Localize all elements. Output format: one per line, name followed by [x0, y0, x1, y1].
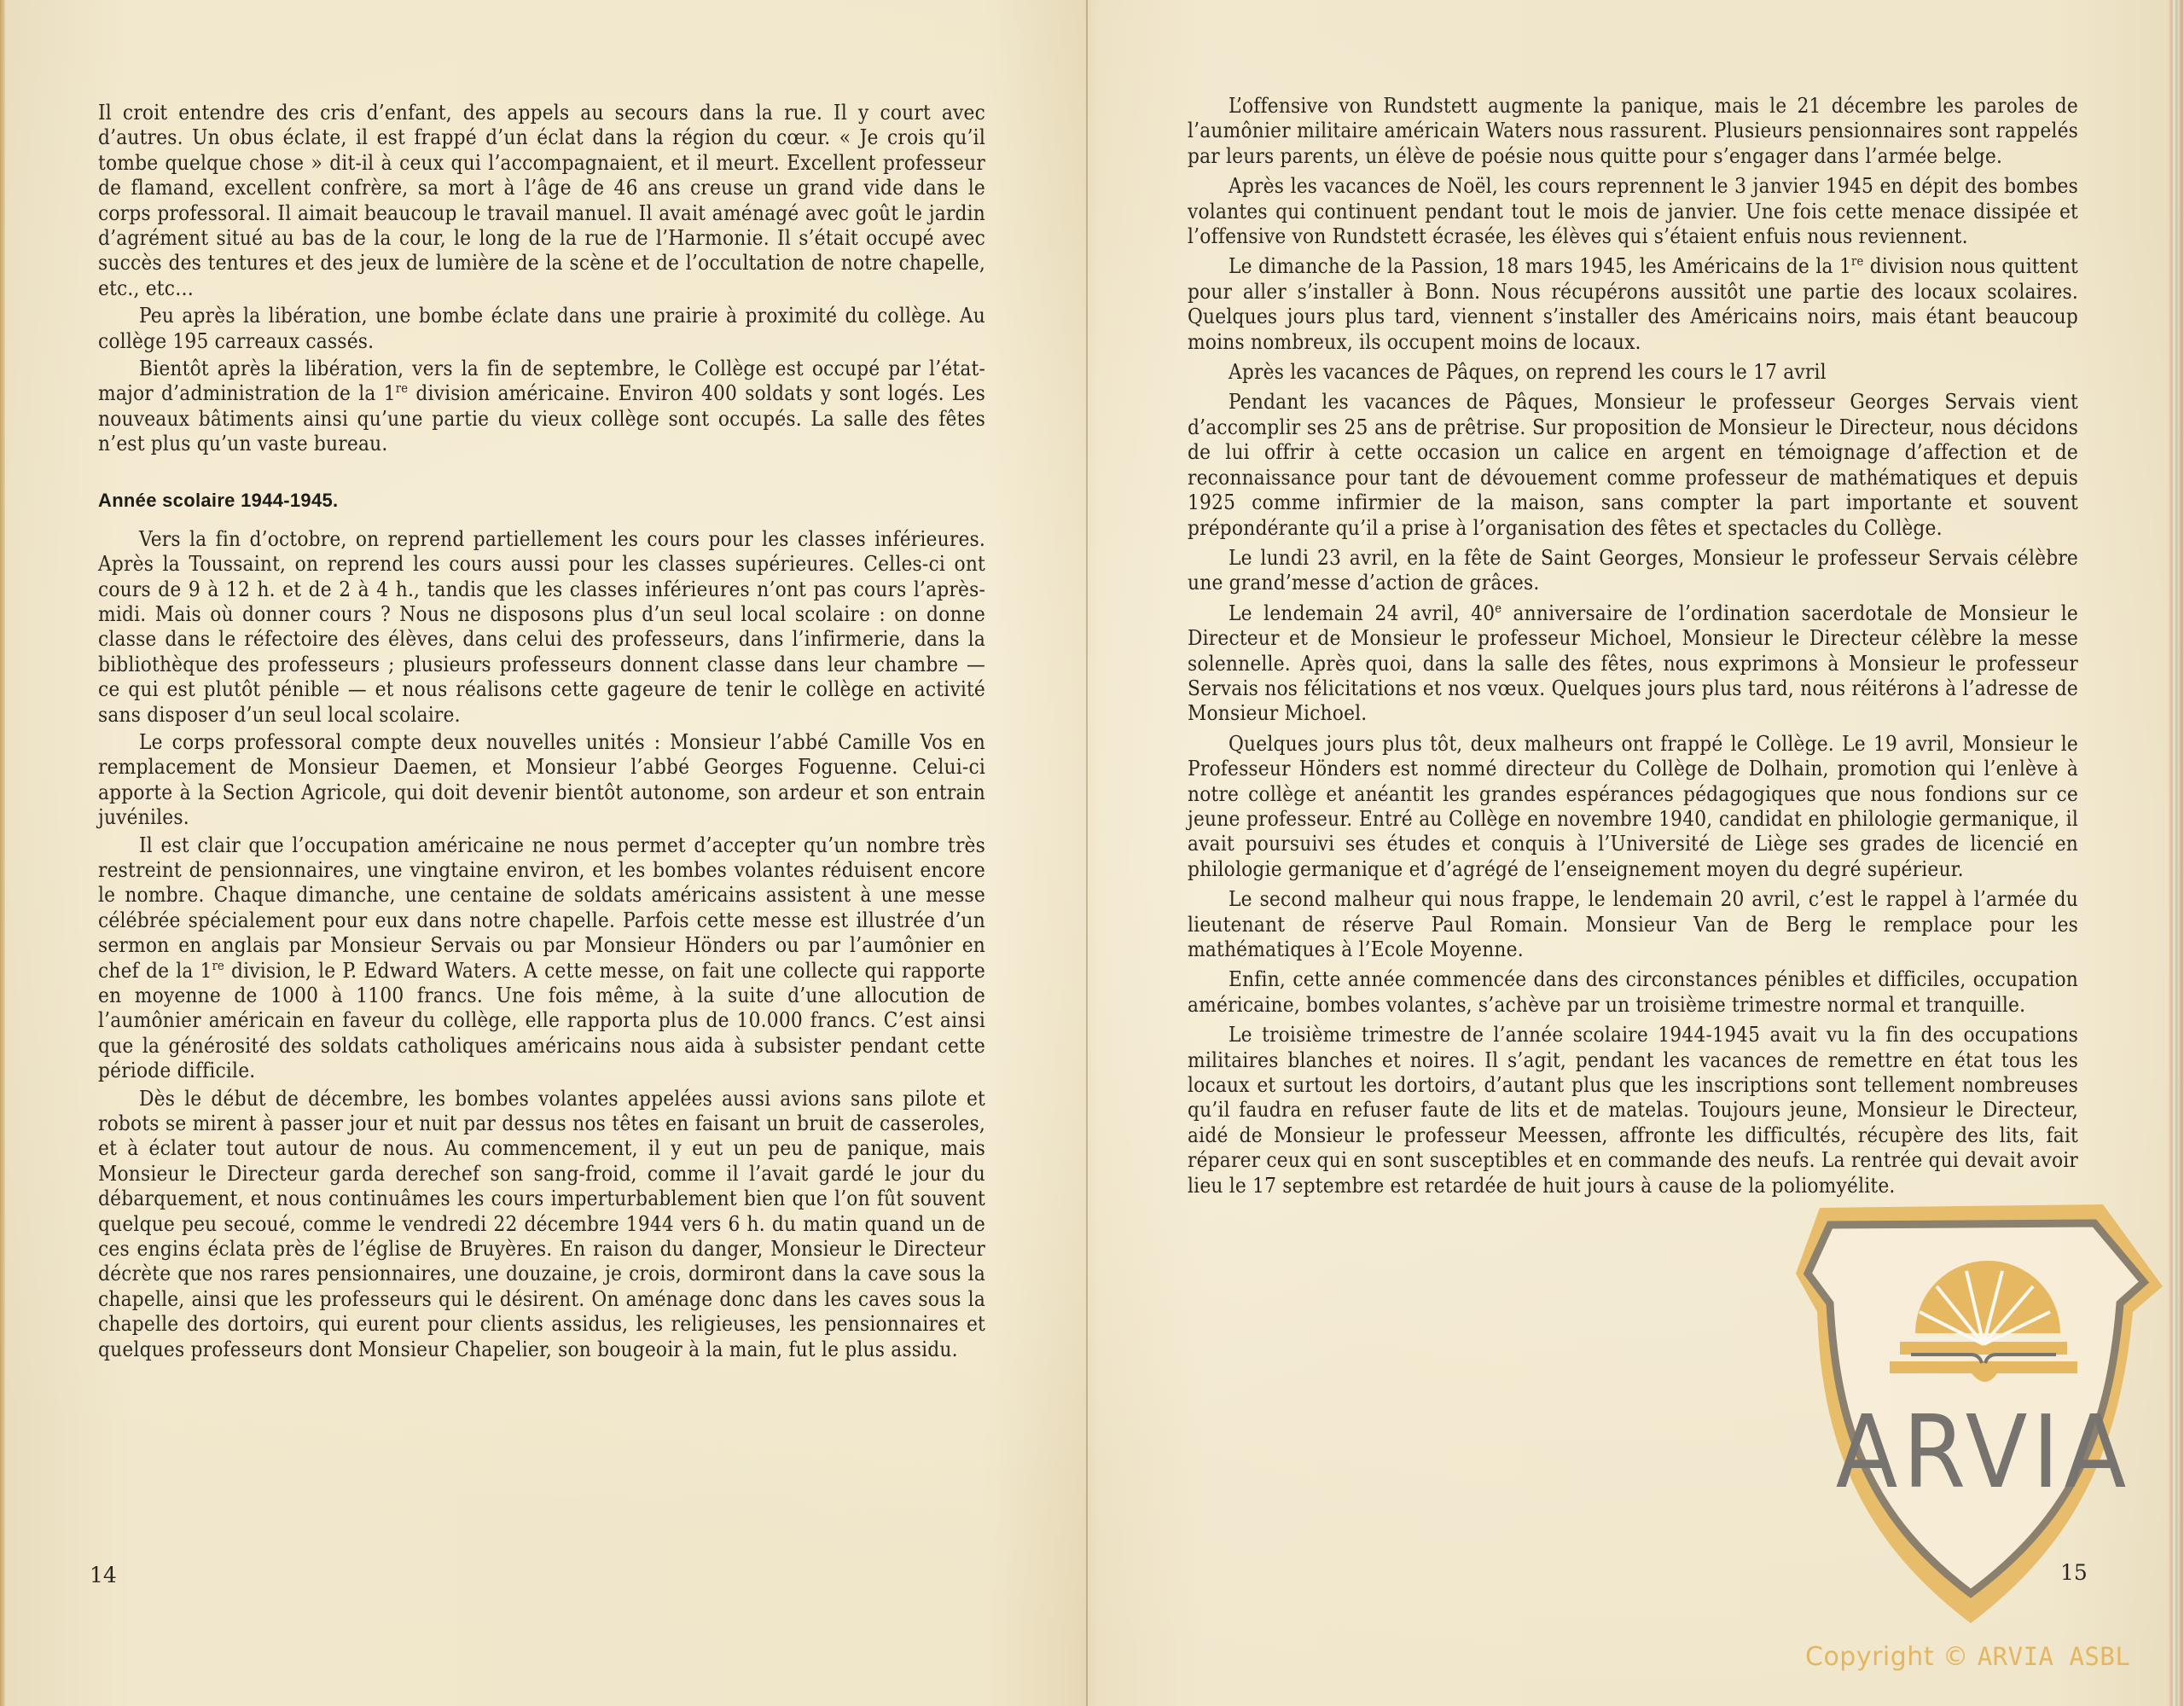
book-spread: Il croit entendre des cris d’enfant, des… — [0, 0, 2184, 1706]
copyright-notice: Copyright © ARVIA ASBL — [1805, 1642, 2130, 1672]
left-page: Il croit entendre des cris d’enfant, des… — [98, 0, 985, 1706]
paragraph: Le second malheur qui nous frappe, le le… — [1188, 887, 2078, 962]
paragraph: Après les vacances de Noël, les cours re… — [1188, 174, 2078, 249]
right-page-text: L’offensive von Rundstett augmente la pa… — [1188, 94, 2078, 1198]
copyright-owner: ARVIA ASBL — [1978, 1642, 2131, 1671]
paragraph: Vers la fin d’octobre, on reprend partie… — [98, 527, 985, 728]
paragraph: Peu après la libération, une bombe éclat… — [98, 304, 985, 354]
paragraph: Après les vacances de Pâques, on reprend… — [1188, 360, 2078, 385]
paragraph: Le corps professoral compte deux nouvell… — [98, 730, 985, 831]
paragraph: L’offensive von Rundstett augmente la pa… — [1188, 94, 2078, 169]
paragraph: Le troisième trimestre de l’année scolai… — [1188, 1023, 2078, 1198]
paragraph: Il croit entendre des cris d’enfant, des… — [98, 101, 985, 301]
svg-text:ARVIA: ARVIA — [1836, 1393, 2131, 1511]
book-gutter — [1086, 0, 1088, 1706]
page-number: 14 — [90, 1563, 117, 1587]
paragraph: Le lendemain 24 avril, 40e anniversaire … — [1188, 601, 2078, 727]
paragraph: Le lundi 23 avril, en la fête de Saint G… — [1188, 546, 2078, 596]
copyright-prefix: Copyright — [1805, 1642, 1934, 1672]
open-book-shield-icon: ARVIA — [1796, 1192, 2171, 1628]
paragraph: Il est clair que l’occupation américaine… — [98, 833, 985, 1084]
left-page-edge — [0, 0, 5, 1706]
section-heading: Année scolaire 1944-1945. — [98, 490, 985, 512]
paragraph: Bientôt après la libération, vers la fin… — [98, 357, 985, 457]
left-page-text: Il croit entendre des cris d’enfant, des… — [98, 101, 985, 1362]
arvia-watermark: ARVIA — [1796, 1192, 2171, 1628]
paragraph: Le dimanche de la Passion, 18 mars 1945,… — [1188, 254, 2078, 355]
paragraph: Quelques jours plus tôt, deux malheurs o… — [1188, 732, 2078, 882]
paragraph: Pendant les vacances de Pâques, Monsieur… — [1188, 390, 2078, 540]
paragraph: Dès le début de décembre, les bombes vol… — [98, 1087, 985, 1362]
paragraph: Enfin, cette année commencée dans des ci… — [1188, 967, 2078, 1018]
copyright-symbol: © — [1943, 1642, 1969, 1672]
